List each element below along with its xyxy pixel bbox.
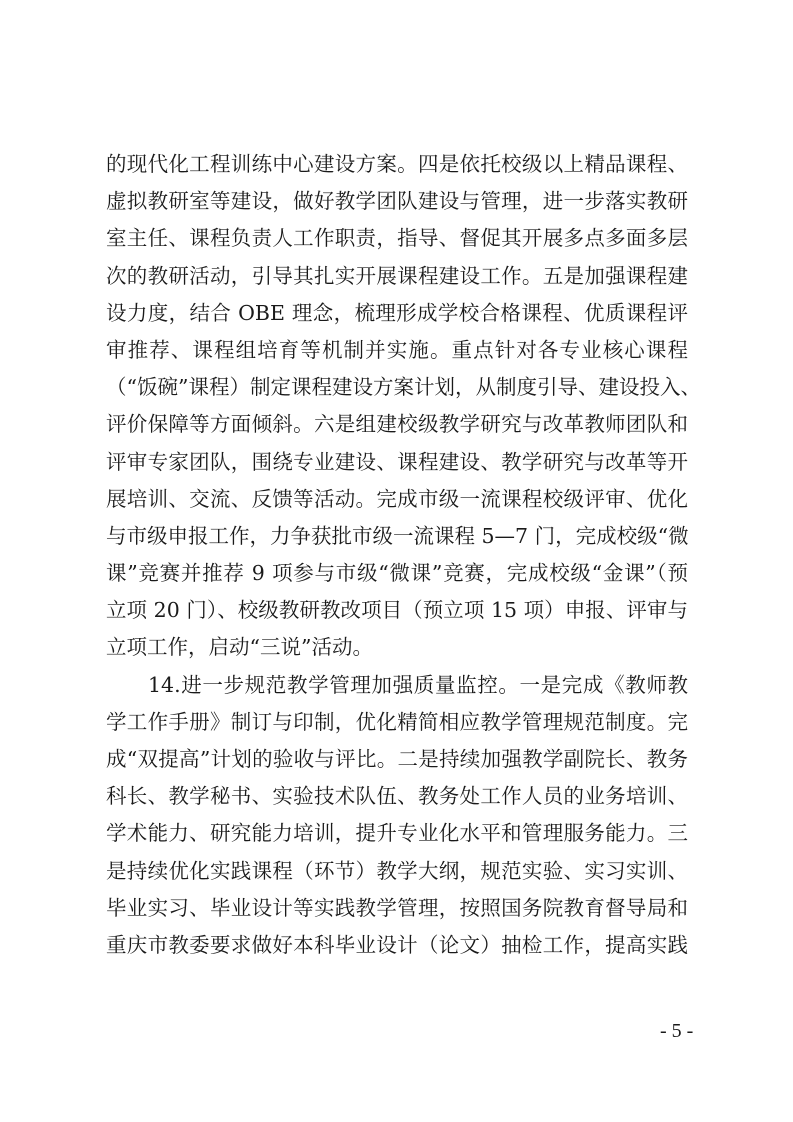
page-number: - 5 - [660, 1020, 693, 1043]
text-line: 是持续优化实践课程（环节）教学大纲，规范实验、实习实训、 [106, 853, 688, 890]
text-line: 评价保障等方面倾斜。六是组建校级教学研究与改革教师团队和 [106, 406, 688, 443]
document-page: 的现代化工程训练中心建设方案。四是依托校级以上精品课程、 虚拟教研室等建设，做好… [0, 0, 793, 1122]
text-line: 次的教研活动，引导其扎实开展课程建设工作。五是加强课程建 [106, 258, 688, 295]
text-line: 虚拟教研室等建设，做好教学团队建设与管理，进一步落实教研 [106, 183, 688, 220]
text-line: 重庆市教委要求做好本科毕业设计（论文）抽检工作，提高实践 [106, 927, 688, 964]
text-line: （“饭碗”课程）制定课程建设方案计划，从制度引导、建设投入、 [106, 369, 688, 406]
text-line: 立项工作，启动“三说”活动。 [106, 629, 688, 666]
body-text: 的现代化工程训练中心建设方案。四是依托校级以上精品课程、 虚拟教研室等建设，做好… [106, 146, 688, 964]
section-heading-line: 14.进一步规范教学管理加强质量监控。一是完成《教师教 [106, 667, 688, 704]
text-line: 设力度，结合 OBE 理念，梳理形成学校合格课程、优质课程评 [106, 295, 688, 332]
text-line: 审推荐、课程组培育等机制并实施。重点针对各专业核心课程 [106, 332, 688, 369]
text-line: 课”竞赛并推荐 9 项参与市级“微课”竞赛，完成校级“金课”（预 [106, 555, 688, 592]
text-line: 的现代化工程训练中心建设方案。四是依托校级以上精品课程、 [106, 146, 688, 183]
text-line: 室主任、课程负责人工作职责，指导、督促其开展多点多面多层 [106, 220, 688, 257]
text-line: 立项 20 门）、校级教研教改项目（预立项 15 项）申报、评审与 [106, 592, 688, 629]
text-line: 评审专家团队，围绕专业建设、课程建设、教学研究与改革等开 [106, 444, 688, 481]
text-line: 学术能力、研究能力培训，提升专业化水平和管理服务能力。三 [106, 815, 688, 852]
text-line: 与市级申报工作，力争获批市级一流课程 5—7 门，完成校级“微 [106, 518, 688, 555]
text-line: 成“双提高”计划的验收与评比。二是持续加强教学副院长、教务 [106, 741, 688, 778]
text-line: 展培训、交流、反馈等活动。完成市级一流课程校级评审、优化 [106, 481, 688, 518]
text-line: 学工作手册》制订与印制，优化精简相应教学管理规范制度。完 [106, 704, 688, 741]
text-line: 毕业实习、毕业设计等实践教学管理，按照国务院教育督导局和 [106, 890, 688, 927]
text-line: 科长、教学秘书、实验技术队伍、教务处工作人员的业务培训、 [106, 778, 688, 815]
